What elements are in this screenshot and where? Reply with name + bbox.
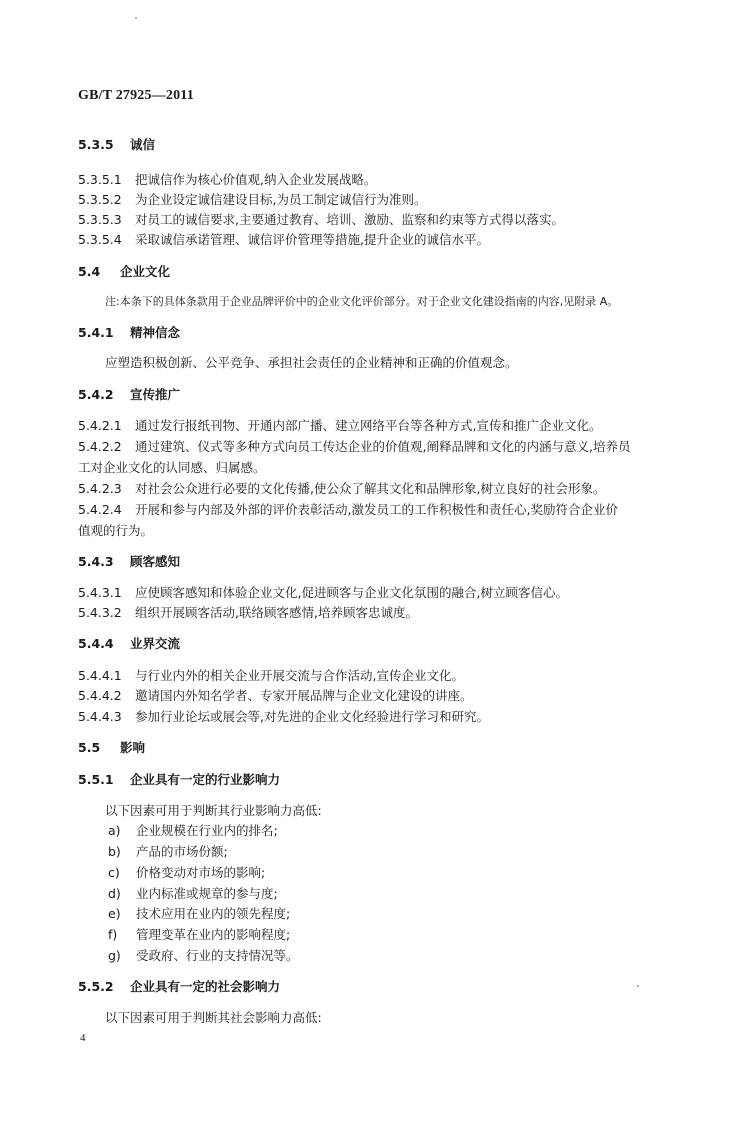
clause-5-4-2-2: 5.4.2.2通过建筑、仪式等多种方式向员工传达企业的价值观,阐释品牌和文化的内… [78,437,630,457]
section-title: 企业文化 [120,262,170,282]
section-number: 5.5.1 [78,770,130,790]
clause-number: 5.4.4.3 [78,707,135,727]
section-heading-5-4-3: 5.4.3顾客感知 [78,552,180,572]
list-text: 受政府、行业的支持情况等。 [136,946,299,966]
clause-5-4-4-2: 5.4.4.2邀请国内外知名学者、专家开展品牌与企业文化建设的讲座。 [78,686,473,706]
clause-number: 5.4.2.3 [78,479,135,499]
section-note: 注:本条下的具体条款用于企业品牌评价中的企业文化评价部分。对于企业文化建设指南的… [105,292,618,312]
list-text: 业内标准或规章的参与度; [136,884,278,904]
section-title: 业界交流 [130,634,180,654]
section-heading-5-4: 5.4企业文化 [78,262,170,282]
section-heading-5-5-2: 5.5.2企业具有一定的社会影响力 [78,977,280,997]
section-heading-5-4-2: 5.4.2宣传推广 [78,385,180,405]
list-marker: d) [108,884,136,904]
clause-text: 应使顾客感知和体验企业文化,促进顾客与企业文化氛围的融合,树立顾客信心。 [135,583,568,603]
clause-number: 5.4.4.2 [78,686,135,706]
clause-text: 通过建筑、仪式等多种方式向员工传达企业的价值观,阐释品牌和文化的内涵与意义,培养… [135,437,630,457]
section-title: 企业具有一定的社会影响力 [130,977,280,997]
clause-text: 通过发行报纸刊物、开通内部广播、建立网络平台等各种方式,宣传和推广企业文化。 [135,416,601,436]
clause-5-3-5-3: 5.3.5.3对员工的诚信要求,主要通过教育、培训、激励、监察和约束等方式得以落… [78,210,564,230]
clause-text: 邀请国内外知名学者、专家开展品牌与企业文化建设的讲座。 [135,686,473,706]
list-marker: c) [108,863,136,883]
section-title: 企业具有一定的行业影响力 [130,770,280,790]
section-title: 精神信念 [130,323,180,343]
section-number: 5.4.4 [78,634,130,654]
list-text: 产品的市场份额; [136,842,228,862]
clause-5-4-3-2: 5.4.3.2组织开展顾客活动,联络顾客感情,培养顾客忠诚度。 [78,603,418,623]
list-item-d: d)业内标准或规章的参与度; [108,884,278,904]
list-marker: e) [108,904,136,924]
list-item-a: a)企业规模在行业内的排名; [108,821,278,841]
list-text: 价格变动对市场的影响; [136,863,265,883]
clause-5-4-3-1: 5.4.3.1应使顾客感知和体验企业文化,促进顾客与企业文化氛围的融合,树立顾客… [78,583,568,603]
clause-5-3-5-2: 5.3.5.2为企业设定诚信建设目标,为员工制定诚信行为准则。 [78,190,426,210]
section-heading-5-5-1: 5.5.1企业具有一定的行业影响力 [78,770,280,790]
list-item-g: g)受政府、行业的支持情况等。 [108,946,299,966]
clause-5-4-2-1: 5.4.2.1通过发行报纸刊物、开通内部广播、建立网络平台等各种方式,宣传和推广… [78,416,601,436]
scan-artifact [135,17,137,19]
clause-5-4-2-3: 5.4.2.3对社会公众进行必要的文化传播,使公众了解其文化和品牌形象,树立良好… [78,479,605,499]
list-marker: b) [108,842,136,862]
list-marker: g) [108,946,136,966]
clause-number: 5.4.2.2 [78,437,135,457]
clause-number: 5.4.3.2 [78,603,135,623]
standard-code: GB/T 27925—2011 [78,88,194,104]
clause-5-3-5-1: 5.3.5.1把诚信作为核心价值观,纳入企业发展战略。 [78,170,376,190]
clause-5-4-4-3: 5.4.4.3参加行业论坛或展会等,对先进的企业文化经验进行学习和研究。 [78,707,489,727]
clause-number: 5.3.5.2 [78,190,135,210]
list-item-b: b)产品的市场份额; [108,842,228,862]
section-title: 顾客感知 [130,552,180,572]
section-title: 宣传推广 [130,385,180,405]
clause-number: 5.4.3.1 [78,583,135,603]
paragraph-5-4-1: 应塑造积极创新、公平竞争、承担社会责任的企业精神和正确的价值观念。 [105,353,518,373]
clause-number: 5.4.2.1 [78,416,135,436]
clause-number: 5.4.4.1 [78,666,135,686]
section-title: 诚信 [130,135,155,155]
section-number: 5.5.2 [78,977,130,997]
clause-number: 5.3.5.4 [78,230,135,250]
list-text: 企业规模在行业内的排名; [136,821,278,841]
clause-text: 为企业设定诚信建设目标,为员工制定诚信行为准则。 [135,190,426,210]
clause-text: 与行业内外的相关企业开展交流与合作活动,宣传企业文化。 [135,666,464,686]
section-number: 5.5 [78,738,120,758]
section-number: 5.4.3 [78,552,130,572]
clause-number: 5.3.5.3 [78,210,135,230]
clause-text: 把诚信作为核心价值观,纳入企业发展战略。 [135,170,376,190]
section-title: 影响 [120,738,145,758]
page-number: 4 [80,1032,86,1044]
clause-text: 参加行业论坛或展会等,对先进的企业文化经验进行学习和研究。 [135,707,489,727]
intro-5-5-1: 以下因素可用于判断其行业影响力高低: [105,801,322,821]
scan-artifact [637,985,639,987]
clause-text: 开展和参与内部及外部的评价表彰活动,激发员工的工作积极性和责任心,奖励符合企业价 [135,500,618,520]
clause-number: 5.3.5.1 [78,170,135,190]
list-item-c: c)价格变动对市场的影响; [108,863,265,883]
section-heading-5-3-5: 5.3.5诚信 [78,135,155,155]
list-text: 管理变革在业内的影响程度; [136,925,290,945]
intro-5-5-2: 以下因素可用于判断其社会影响力高低: [105,1008,322,1028]
clause-number: 5.4.2.4 [78,500,135,520]
section-heading-5-4-4: 5.4.4业界交流 [78,634,180,654]
section-number: 5.3.5 [78,135,130,155]
clause-5-4-2-4-continuation: 值观的行为。 [78,521,153,541]
list-item-f: f)管理变革在业内的影响程度; [108,925,290,945]
section-number: 5.4.2 [78,385,130,405]
clause-5-4-4-1: 5.4.4.1与行业内外的相关企业开展交流与合作活动,宣传企业文化。 [78,666,464,686]
list-item-e: e)技术应用在业内的领先程度; [108,904,290,924]
list-marker: f) [108,925,136,945]
clause-5-4-2-2-continuation: 工对企业文化的认同感、归属感。 [78,458,266,478]
section-number: 5.4 [78,262,120,282]
clause-5-3-5-4: 5.3.5.4采取诚信承诺管理、诚信评价管理等措施,提升企业的诚信水平。 [78,230,489,250]
clause-text: 对社会公众进行必要的文化传播,使公众了解其文化和品牌形象,树立良好的社会形象。 [135,479,605,499]
clause-5-4-2-4: 5.4.2.4开展和参与内部及外部的评价表彰活动,激发员工的工作积极性和责任心,… [78,500,618,520]
section-heading-5-5: 5.5影响 [78,738,145,758]
clause-text: 对员工的诚信要求,主要通过教育、培训、激励、监察和约束等方式得以落实。 [135,210,564,230]
section-heading-5-4-1: 5.4.1精神信念 [78,323,180,343]
clause-text: 采取诚信承诺管理、诚信评价管理等措施,提升企业的诚信水平。 [135,230,489,250]
list-text: 技术应用在业内的领先程度; [136,904,290,924]
section-number: 5.4.1 [78,323,130,343]
clause-text: 组织开展顾客活动,联络顾客感情,培养顾客忠诚度。 [135,603,418,623]
list-marker: a) [108,821,136,841]
